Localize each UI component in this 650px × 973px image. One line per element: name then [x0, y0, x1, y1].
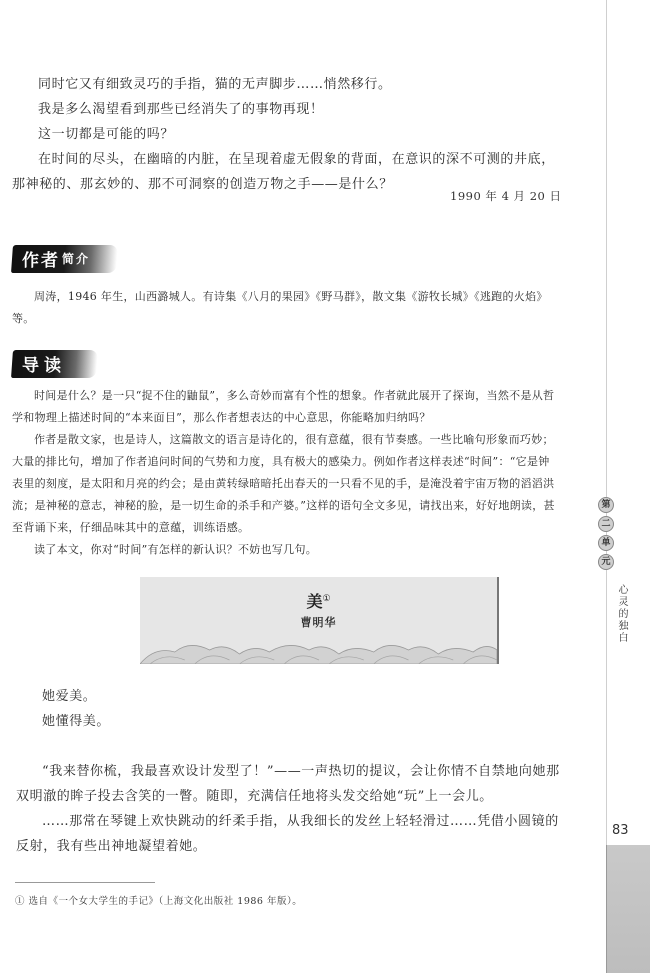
- essay-title: 美①: [140, 589, 497, 612]
- paragraph: 这一切都是可能的吗？: [12, 122, 560, 147]
- essay-ending: 同时它又有细致灵巧的手指，猫的无声脚步……悄然移行。 我是多么渴望看到那些已经消…: [12, 72, 560, 197]
- header-label-small: 简介: [60, 250, 90, 267]
- paragraph: 她爱美。: [16, 684, 564, 709]
- reading-guide-text: 时间是什么？是一只“捉不住的鼬鼠”，多么奇妙而富有个性的想象。作者就此展开了探询…: [12, 385, 560, 561]
- paragraph: 同时它又有细致灵巧的手指，猫的无声脚步……悄然移行。: [12, 72, 560, 97]
- paragraph: 我是多么渴望看到那些已经消失了的事物再现！: [12, 97, 560, 122]
- unit-char: 二: [598, 516, 614, 532]
- paragraph: 她懂得美。: [16, 709, 564, 734]
- paragraph: ……那常在琴键上欢快跳动的纤柔手指，从我细长的发丝上轻轻滑过……凭借小圆镜的反射…: [16, 809, 564, 859]
- paragraph: 读了本文，你对“时间”有怎样的新认识？不妨也写几句。: [12, 539, 560, 561]
- page-number: 83: [612, 823, 629, 838]
- wave-pattern-icon: [140, 638, 497, 664]
- paragraph: 周涛，1946 年生，山西潞城人。有诗集《八月的果园》《野马群》，散文集《游牧长…: [12, 286, 560, 330]
- essay-body: 她爱美。 她懂得美。 “我来替你梳，我最喜欢设计发型了！”——一声热切的提议，会…: [16, 684, 564, 859]
- footnote-marker: ①: [322, 594, 330, 604]
- footnote-divider: [15, 882, 155, 883]
- unit-name: 心灵的独白: [616, 584, 628, 644]
- unit-char: 单: [598, 535, 614, 551]
- paragraph: “我来替你梳，我最喜欢设计发型了！”——一声热切的提议，会让你情不自禁地向她那双…: [16, 759, 564, 809]
- author-intro-text: 周涛，1946 年生，山西潞城人。有诗集《八月的果园》《野马群》，散文集《游牧长…: [12, 286, 560, 330]
- author-intro-header: 作者 简介: [12, 243, 90, 273]
- margin-divider: [606, 0, 607, 973]
- paragraph: 时间是什么？是一只“捉不住的鼬鼠”，多么奇妙而富有个性的想象。作者就此展开了探询…: [12, 385, 560, 429]
- header-label-big: 作者: [12, 246, 60, 271]
- unit-label: 第 二 单 元: [598, 497, 614, 570]
- essay-date: 1990 年 4 月 20 日: [450, 188, 562, 204]
- essay-author: 曹明华: [140, 614, 497, 630]
- textbook-page: 同时它又有细致灵巧的手指，猫的无声脚步……悄然移行。 我是多么渴望看到那些已经消…: [0, 0, 606, 973]
- unit-char: 第: [598, 497, 614, 513]
- essay-title-banner: 美① 曹明华: [140, 577, 499, 664]
- reading-guide-header: 导读: [12, 348, 66, 378]
- paragraph: 作者是散文家，也是诗人，这篇散文的语言是诗化的，很有意蕴，很有节奏感。一些比喻句…: [12, 429, 560, 539]
- unit-char: 元: [598, 554, 614, 570]
- header-label: 导读: [12, 351, 66, 376]
- page-edge-tab: [606, 845, 650, 973]
- footnote: ① 选自《一个女大学生的手记》（上海文化出版社 1986 年版）。: [15, 893, 302, 907]
- blank-line: [16, 734, 564, 759]
